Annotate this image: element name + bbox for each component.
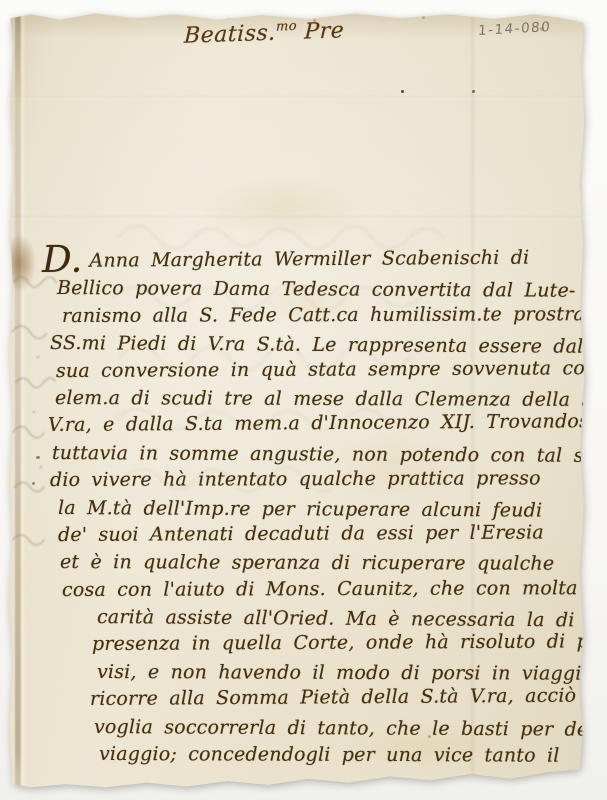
foxing-spot <box>226 15 230 19</box>
letter-line-1: D.Anna Margherita Wermiller Scabenischi … <box>42 244 578 275</box>
catalog-number: 1-14-080 <box>477 19 551 39</box>
letter-line-15: presenza in quella Corte, onde hà risolu… <box>92 629 607 659</box>
letter-line-11: de' suoi Antenati decaduti da essi per l… <box>58 519 594 549</box>
letter-line-3: ranismo alla S. Fede Catt.ca humilissim.… <box>62 301 598 330</box>
salutation-superscript: mo <box>276 19 298 35</box>
ink-speck <box>401 90 404 93</box>
paper-shadow: Beatiss.mo Pre 1-14-080 D.Anna Margherit… <box>0 0 607 800</box>
foxing-spot <box>422 16 425 19</box>
letter-line-17: ricorre alla Somma Pietà della S.tà V.ra… <box>90 683 607 714</box>
salutation-word: Pre <box>304 18 345 44</box>
fold-crease-horizontal-upper <box>8 96 586 99</box>
letter-line-7: V.ra, e dalla S.ta mem.a d'Innocenzo XIJ… <box>48 409 584 440</box>
letter-line-12: et è in qualche speranza di ricuperare q… <box>60 549 596 578</box>
scan-photo: Beatiss.mo Pre 1-14-080 D.Anna Margherit… <box>0 0 607 800</box>
fold-crease-horizontal-lower <box>8 216 586 219</box>
letter-paper: Beatiss.mo Pre 1-14-080 D.Anna Margherit… <box>8 12 586 788</box>
foxing-stain <box>198 177 368 237</box>
letter-line-19: viaggio; concedendogli per una vice tant… <box>99 741 607 770</box>
salutation: Beatiss.mo Pre <box>184 17 345 49</box>
ink-speck <box>32 482 35 485</box>
letter-line-18: voglia soccorrerla di tanto, che le bast… <box>94 714 607 744</box>
letter-line-9: dio vivere hà intentato qualche prattica… <box>50 465 586 494</box>
salutation-word: Beatiss. <box>184 21 277 49</box>
letter-line-13: cosa con l'aiuto di Mons. Caunitz, che c… <box>62 575 598 604</box>
fold-crease-left-highlight <box>21 12 24 788</box>
letter-body: D.Anna Margherita Wermiller Scabenischi … <box>42 248 578 768</box>
ink-speck <box>36 456 40 459</box>
letter-line-5: sua conversione in quà stata sempre sovv… <box>56 355 592 385</box>
